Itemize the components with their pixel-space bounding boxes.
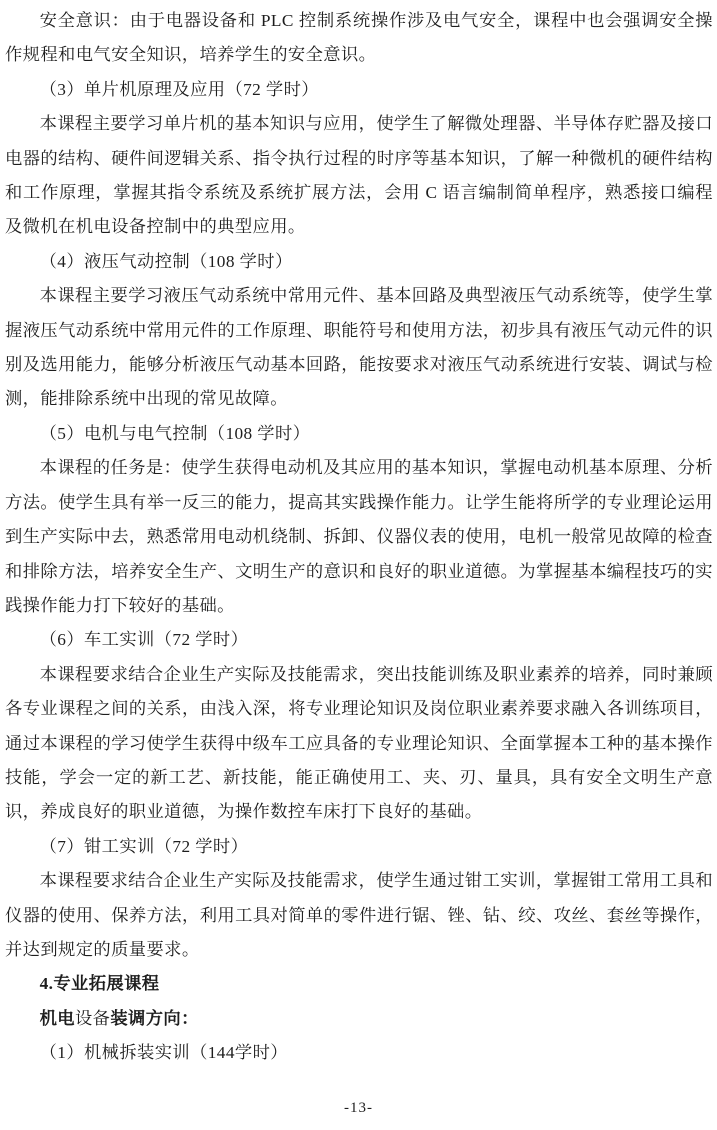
heading-course-5-motor: （5）电机与电气控制（108 学时） xyxy=(5,417,713,451)
paragraph-course-7-desc: 本课程要求结合企业生产实际及技能需求，使学生通过钳工实训，掌握钳工常用工具和仪器… xyxy=(5,864,713,967)
heading-section-4-expansion-courses: 4.专业拓展课程 xyxy=(5,967,713,1001)
paragraph-course-4-desc: 本课程主要学习液压气动系统中常用元件、基本回路及典型液压气动系统等，使学生掌握液… xyxy=(5,279,713,417)
heading-direction-mechatronics-assembly: 机电设备装调方向： xyxy=(5,1002,713,1036)
paragraph-course-5-desc: 本课程的任务是：使学生获得电动机及其应用的基本知识，掌握电动机基本原理、分析方法… xyxy=(5,451,713,623)
heading-item-1-mechanical-assembly-training: （1）机械拆装实训（144学时） xyxy=(5,1036,713,1070)
direction-heading-run-1: 机电 xyxy=(40,1009,75,1028)
document-body: 安全意识：由于电器设备和 PLC 控制系统操作涉及电气安全，课程中也会强调安全操… xyxy=(5,4,713,1071)
page-number: -13- xyxy=(0,1100,717,1117)
direction-heading-run-2: 设备 xyxy=(75,1009,110,1028)
heading-course-7-fitter: （7）钳工实训（72 学时） xyxy=(5,830,713,864)
heading-course-3-mcu: （3）单片机原理及应用（72 学时） xyxy=(5,73,713,107)
paragraph-course-6-desc: 本课程要求结合企业生产实际及技能需求，突出技能训练及职业素养的培养，同时兼顾各专… xyxy=(5,658,713,830)
document-page: 安全意识：由于电器设备和 PLC 控制系统操作涉及电气安全，课程中也会强调安全操… xyxy=(0,0,717,1130)
paragraph-safety-awareness: 安全意识：由于电器设备和 PLC 控制系统操作涉及电气安全，课程中也会强调安全操… xyxy=(5,4,713,73)
heading-course-4-hydraulic: （4）液压气动控制（108 学时） xyxy=(5,245,713,279)
paragraph-course-3-desc: 本课程主要学习单片机的基本知识与应用，使学生了解微处理器、半导体存贮器及接口电器… xyxy=(5,107,713,245)
direction-heading-run-3: 装调方向： xyxy=(110,1009,198,1028)
heading-course-6-lathe: （6）车工实训（72 学时） xyxy=(5,623,713,657)
